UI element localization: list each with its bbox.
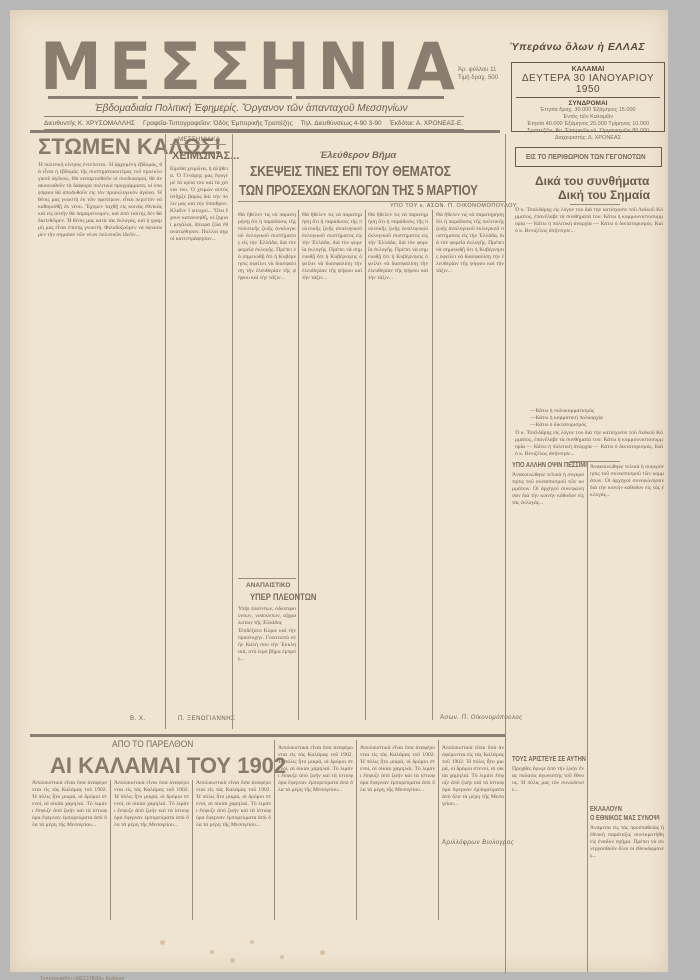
masthead-letter: Σ — [208, 37, 250, 98]
date-box: ΚΑΛΑΜΑΙ ΔΕΥΤΕΡΑ 30 ΙΑΝΟΥΑΡΙΟΥ 1950 ΣΥΝΔΡ… — [511, 62, 665, 132]
imprint-line: Διευθυντής Κ. ΧΡΥΣΟΜΑΛΛΗΣ Γραφεῖα-Τυπογρ… — [44, 116, 464, 130]
column-divider — [232, 134, 233, 729]
subscription-line: Ἐτησία 40.000 Ἑξάμηνος 20.000 Τρίμηνος 1… — [512, 121, 664, 128]
masthead-rule — [142, 96, 292, 99]
feature-body-col2: Θὰ ἤθελεν τις νὰ παρατηρήσῃ ὅτι ἡ παράδο… — [302, 212, 362, 722]
column-divider — [365, 210, 366, 720]
sidebar-label-box: ΕΙΣ ΤΟ ΠΕΡΙΘΩΡΙΟΝ ΤΩΝ ΓΕΓΟΝΟΤΩΝ — [515, 147, 662, 167]
short3-body: Ἀνάμεσα εἰς τὰς προσπαθείας ἡ ἐθνικὴ παρ… — [590, 825, 664, 955]
column3-subhead: Ὑπὲρ πλεόντων, ὁδοιπορούντων, νοσούντων,… — [238, 606, 296, 626]
sidebar-body-cont: Ὁ κ. Τσαλδάρης εἰς λόγον του διὰ τὴν κατ… — [515, 430, 663, 458]
sidebar-bullet: —Κάτω ἡ κομματικὴ πολυαρχία — [530, 415, 650, 422]
dateline-city: ΚΑΛΑΜΑΙ — [512, 66, 664, 73]
issue-number: Ἀρ. φύλλου 11 — [458, 66, 498, 74]
subscription-line: Τραπεζῶν, Ἀν. Ἑταιρειῶν κλ. Ὀργανισμῶν 8… — [512, 128, 664, 135]
subscription-line: Διαχειριστής: Δ. ΧΡΟΝΕΑΣ — [512, 135, 664, 142]
masthead-subtitle: Ἑβδομαδιαία Πολιτική Ἐφημερίς. Ὄργανον τ… — [95, 103, 408, 114]
column-divider — [110, 780, 111, 920]
column-rule — [170, 144, 226, 145]
history-body-col5: Ἀπολαυστικὰ εἶναι ὅσα ἀναφέρονται εἰς τὰ… — [360, 745, 435, 920]
issue-info: Ἀρ. φύλλου 11 Τιμὴ δραχ. 500 — [458, 66, 498, 82]
feature-body-col4: Θὰ ἤθελεν τις νὰ παρατηρήσῃ ὅτι ἡ παράδο… — [436, 212, 504, 667]
masthead-letter: Ν — [317, 37, 369, 98]
masthead-letter: Α — [407, 37, 455, 98]
lead-body: Ἡ πολιτικὴ κίνησις ἐντείνεται. Ἡ ἀρχομέν… — [38, 162, 162, 722]
column-divider — [165, 134, 166, 729]
history-body-col2: Ἀπολαυστικὰ εἶναι ὅσα ἀναφέρονται εἰς τὰ… — [114, 780, 189, 920]
feature-body-col1: Θὰ ἤθελεν τις νὰ παρατηρήσῃ ὅτι ἡ παράδο… — [238, 212, 296, 567]
paper-stain — [250, 940, 254, 944]
short3-headline-line1: ΕΚΛΑΛΟΥΝ — [590, 806, 622, 813]
paper-stain — [210, 950, 214, 954]
column-divider — [192, 780, 193, 920]
footer-note: Τυπογραφεῖον «ΜΕΣΣΗΝΙΑ» Καλάμαι — [40, 976, 124, 980]
section-rule — [30, 734, 505, 737]
lead-signature: Β. Χ. — [130, 716, 146, 722]
column3-body: Ἐπιδέξατο Κύριε καὶ τὴν προσευχήν. Γονατ… — [238, 628, 296, 720]
history-signature: Ἀριλλόφρων Βιολογρος — [442, 840, 514, 846]
imprint-publishers: Ἐκδόται: Α. ΧΡΟΝΕΑΣ-Ε. ΧΡΥΣΟΜΑΛΛΗΣ — [390, 120, 464, 127]
feature-byline: ΥΠΟ ΤΟΥ κ. ΑΣΩΝ. Π. ΟΙΚΟΝΟΜΟΠΟΥΛΟΥ — [390, 203, 517, 209]
column2-body: Εἰμεθα χειμῶνα, ἡ ἀλήθεια. Ὁ Γενάρης μας… — [170, 166, 228, 711]
masthead-letter: Μ — [40, 37, 102, 98]
paper-stain — [230, 958, 235, 963]
subscription-line: Ἐντὸς τῶν Καλαμῶν — [512, 114, 664, 121]
column2-headline: ΧΕΙΜΩΝΑΣ... — [172, 150, 239, 162]
imprint-offices: Γραφεῖα-Τυπογραφεῖον: Ὁδὸς Ἐμπορικῆς Τρα… — [143, 120, 293, 127]
column-divider — [356, 740, 357, 920]
feature-body-col3: Θὰ ἤθελεν τις νὰ παρατηρήσῃ ὅτι ἡ παράδο… — [368, 212, 428, 722]
column-divider — [274, 740, 275, 920]
sidebar-body: Ὁ κ. Τσαλδάρης εἰς λόγον του διὰ τὴν κατ… — [515, 207, 663, 375]
subscription-line: Ἐτησία δραχ. 30.000 Ἑξάμηνος 15.000 — [512, 107, 664, 114]
history-kicker: ΑΠΟ ΤΟ ΠΑΡΕΛΘΟΝ — [112, 739, 193, 750]
column-divider — [298, 210, 299, 720]
feature-headline-line1: ΣΚΕΨΕΙΣ ΤΙΝΕΣ ΕΠΙ ΤΟΥ ΘΕΜΑΤΟΣ — [250, 163, 451, 180]
paper-stain — [160, 940, 165, 945]
masthead-title: Μ Ε Σ Σ Η Ν Ι Α — [40, 38, 455, 96]
short2-headline: ΤΟΥΣ ΑΡΙΣΤΕΥΕ ΣΕ ΑΥΤΗΝ — [512, 756, 586, 763]
paper-stain — [280, 955, 284, 959]
column-rule — [238, 201, 506, 202]
masthead-letter: Η — [258, 37, 310, 98]
section-rule — [30, 130, 500, 133]
sidebar-bullet: —Κάτω ἡ πολυκομματισμός — [530, 408, 650, 415]
column3-headline: ΥΠΕΡ ΠΛΕΟΝΤΩΝ — [250, 592, 316, 602]
masthead-letter: Σ — [159, 37, 201, 98]
column-divider — [587, 462, 588, 972]
motto: Ὑπεράνω ὅλων ἡ ΕΛΛΑΣ — [510, 41, 645, 53]
short1-body-col2: Ἀνακοινώθηκε τελικὰ ἡ συγκρότησις τοῦ συ… — [590, 464, 664, 804]
sidebar-headline-line2: Δική του Σημαία — [558, 188, 650, 202]
feature-kicker: Ἐλεύθερον Βῆμα — [320, 150, 396, 161]
masthead-letter: Ε — [109, 37, 151, 98]
short3-headline-line2: Ο ΕΘΝΙΚΟΣ ΜΑΣ ΣΥΝΟΨΙ — [590, 815, 660, 822]
masthead-rule — [48, 96, 138, 99]
imprint-phone: Τηλ. Διευθύνσεως 4-90 3-90 — [301, 120, 382, 127]
history-headline: ΑΙ ΚΑΛΑΜΑΙ ΤΟΥ 1902 — [50, 753, 286, 779]
issue-price: Τιμὴ δραχ. 500 — [458, 74, 498, 82]
newspaper-page: Μ Ε Σ Σ Η Ν Ι Α Ἑβδομαδιαία Πολιτική Ἐφη… — [10, 10, 668, 972]
sidebar-bullet: —Κάτω ὁ δικτατορισμός — [530, 422, 650, 429]
feature-signature: Ἀσων. Π. Οἰκονομόπουλος — [440, 715, 523, 721]
sidebar-headline-line1: Δικά του συνθήματα — [535, 174, 649, 188]
short2-body: Προχθὲς ἔφυγε ἀπὸ τὴν ζωὴν ἕνας παλαιὸς … — [512, 766, 584, 966]
history-body-col4: Ἀπολαυστικὰ εἶναι ὅσα ἀναφέρονται εἰς τὰ… — [278, 745, 353, 920]
masthead-rule — [296, 96, 444, 99]
column-divider — [438, 740, 439, 920]
column2-kicker: ΜΕΣΣΗΝΙΑΚΑ — [178, 136, 220, 143]
column-rule — [570, 204, 620, 205]
column-divider — [505, 134, 506, 974]
column2-signature: Π. ΞΕΝΟΓΙΑΝΝΗΣ — [178, 716, 235, 722]
paper-stain — [320, 950, 325, 955]
imprint-director: Διευθυντής Κ. ΧΡΥΣΟΜΑΛΛΗΣ — [44, 120, 135, 127]
column3-kicker: ΑΝΑΠΑΙΣΤΙΚΟ — [246, 582, 290, 589]
history-body-col1: Ἀπολαυστικὰ εἶναι ὅσα ἀναφέρονται εἰς τὰ… — [32, 780, 107, 920]
sidebar-label: ΕΙΣ ΤΟ ΠΕΡΙΘΩΡΙΟΝ ΤΩΝ ΓΕΓΟΝΟΤΩΝ — [526, 152, 646, 161]
subscriptions-label: ΣΥΝΔΡΟΜΑΙ — [512, 100, 664, 107]
column-rule — [238, 578, 296, 579]
feature-headline-line2: ΤΩΝ ΠΡΟΣΕΧΩΝ ΕΚΛΟΓΩΝ ΤΗΣ 5 ΜΑΡΤΙΟΥ — [239, 182, 478, 199]
history-body-col6: Ἀπολαυστικὰ εἶναι ὅσα ἀναφέρονται εἰς τὰ… — [442, 745, 504, 880]
dateline-date: ΔΕΥΤΕΡΑ 30 ΙΑΝΟΥΑΡΙΟΥ 1950 — [516, 73, 660, 98]
column-divider — [432, 210, 433, 720]
short1-headline: ΥΠΟ ΑΛΛΗΝ ΟΨΙΝ ΠΕΣΣΙΜΙ — [512, 462, 587, 469]
masthead-letter: Ι — [377, 37, 400, 98]
history-body-col3: Ἀπολαυστικὰ εἶναι ὅσα ἀναφέρονται εἰς τὰ… — [196, 780, 271, 920]
short1-body: Ἀνακοινώθηκε τελικὰ ἡ συγκρότησις τοῦ συ… — [512, 472, 584, 752]
